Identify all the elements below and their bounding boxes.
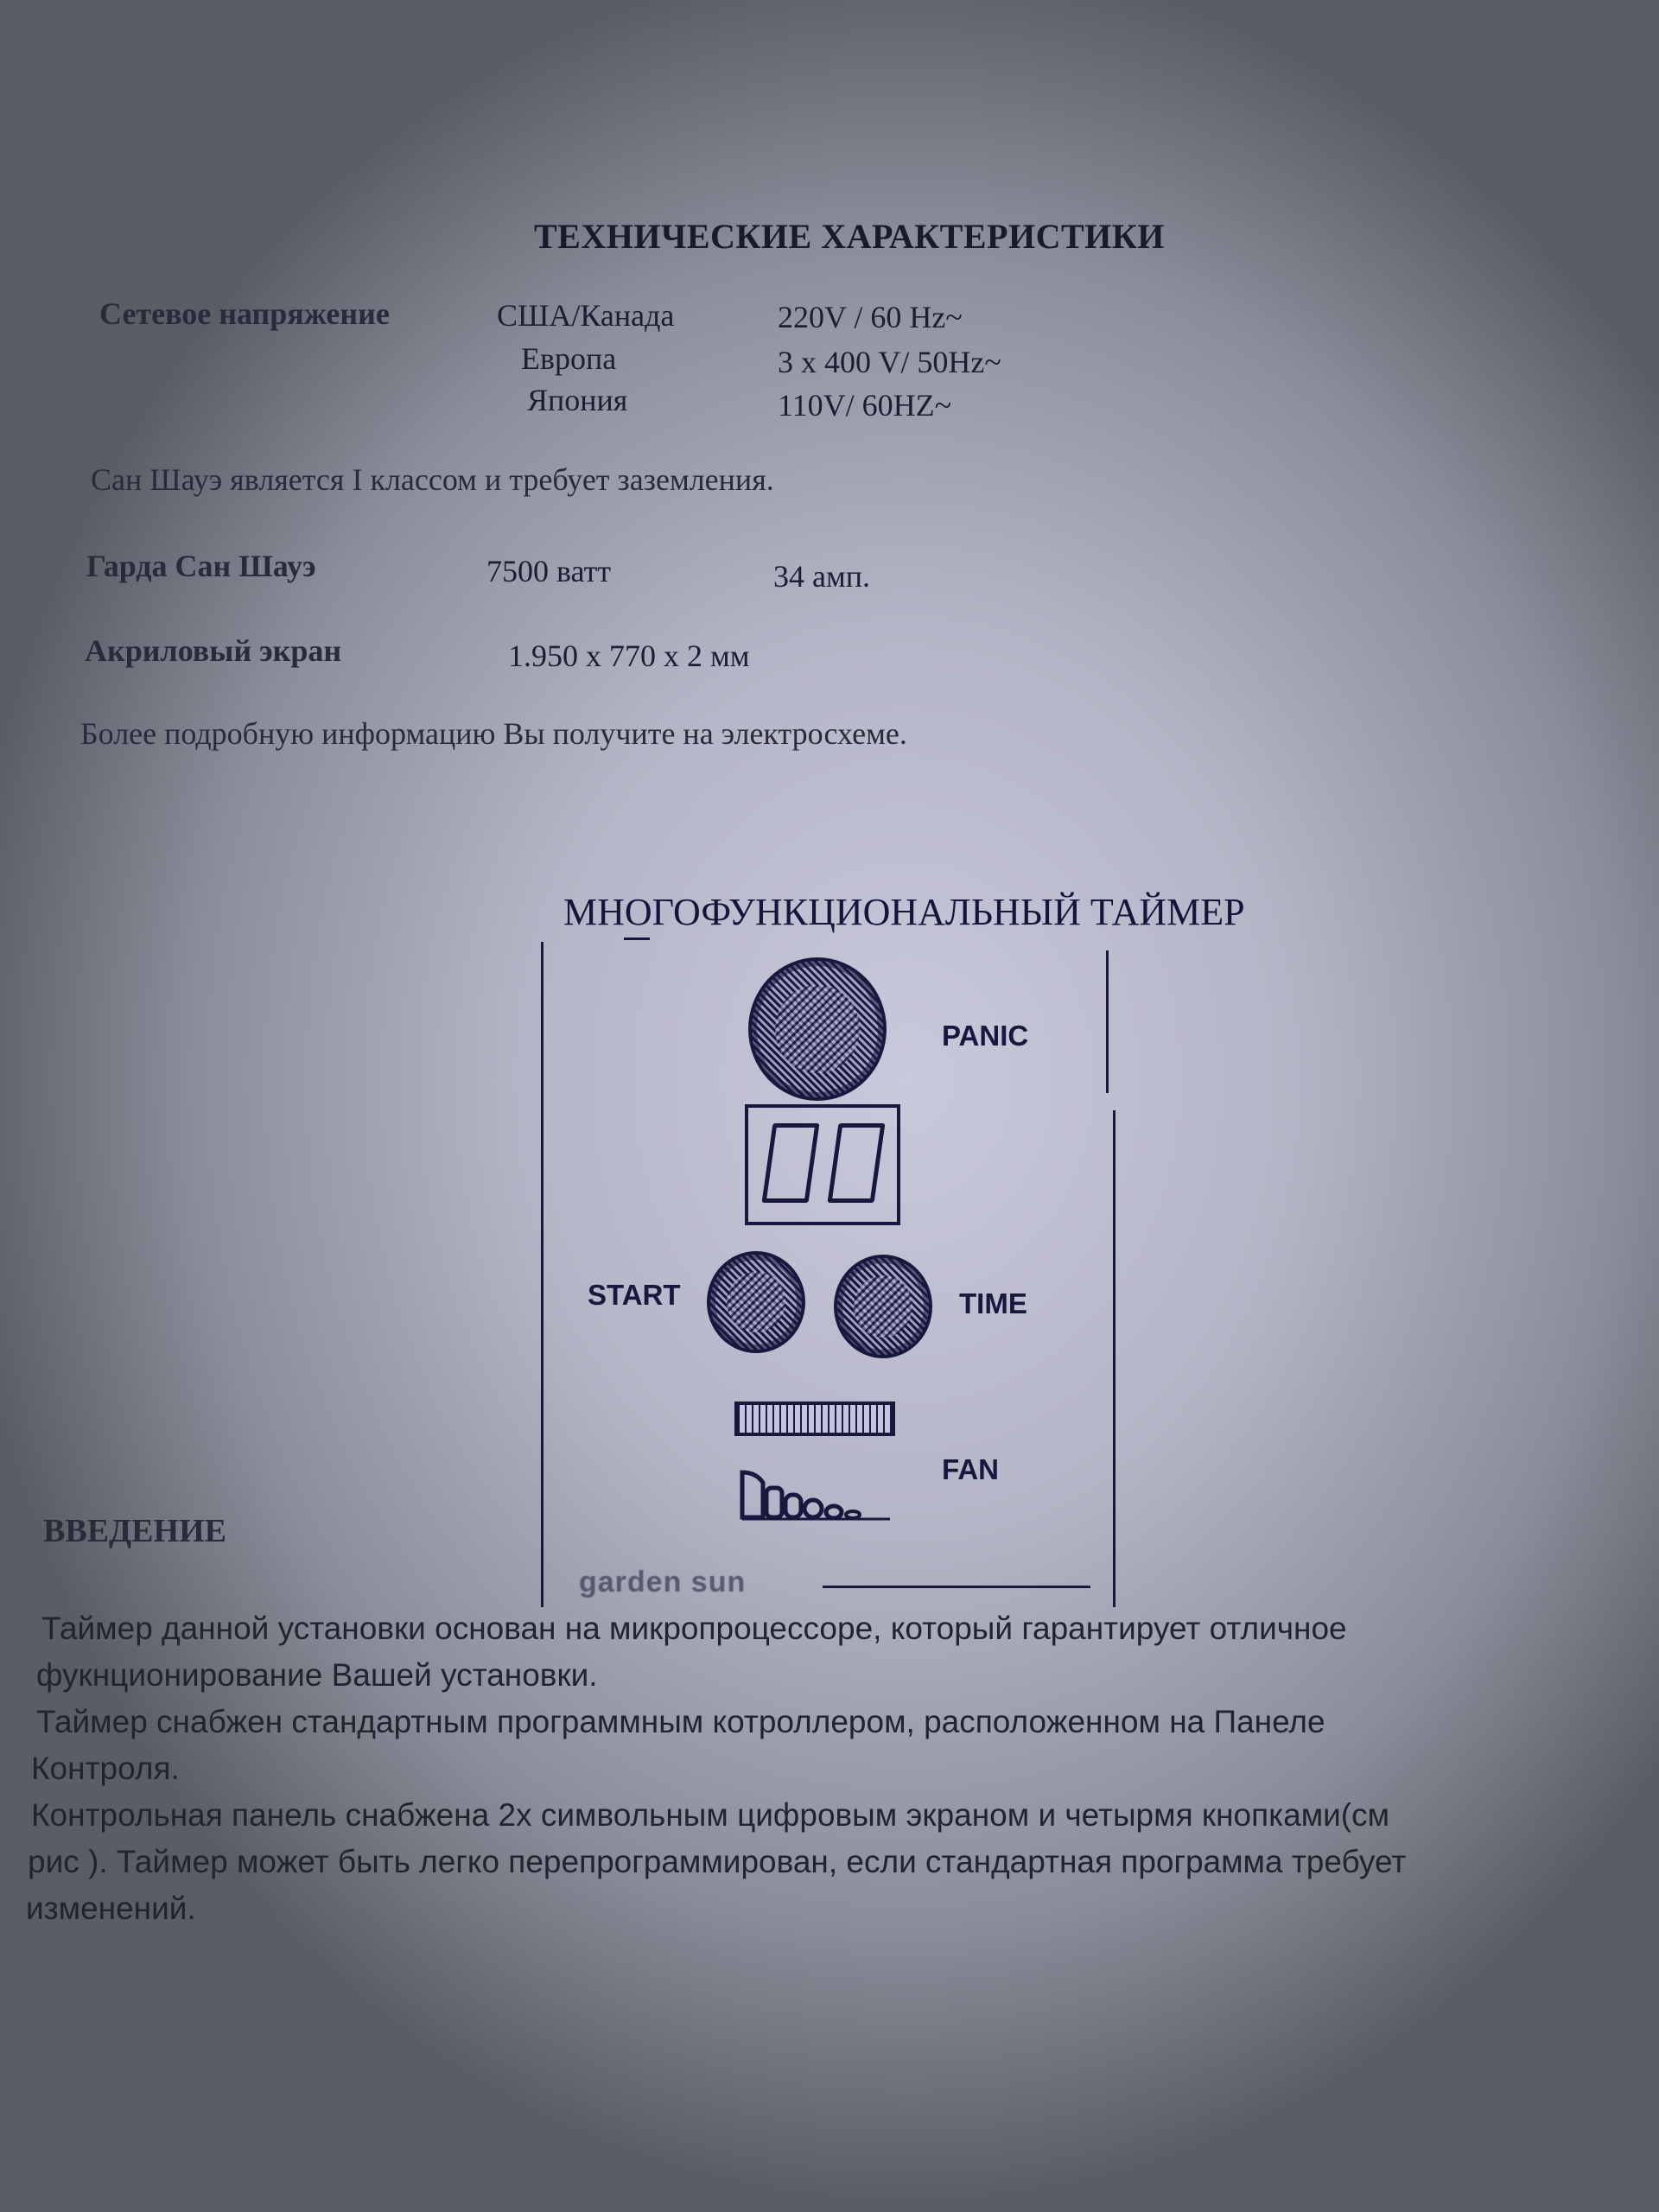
document-page: ТЕХНИЧЕСКИЕ ХАРАКТЕРИСТИКИ Сетевое напря… [0,0,1659,2212]
panel-right-border-bottom [1113,1110,1116,1607]
voltage-value-japan: 110V/ 60HZ~ [778,387,951,423]
voltage-label: Сетевое напряжение [99,296,390,332]
voltage-region-europe: Европа [521,340,616,377]
power-label: Гарда Сан Шауэ [86,548,316,584]
voltage-region-japan: Япония [527,382,627,418]
display-digit-1 [762,1123,820,1203]
intro-line-3: Таймер снабжен стандартным программным к… [36,1699,1325,1745]
brand-logo: garden sun [579,1566,746,1599]
screen-dims: 1.950 x 770 x 2 мм [508,638,750,674]
panic-label: PANIC [942,1020,1028,1052]
intro-line-4: Контроля. [31,1745,180,1792]
fan-label: FAN [942,1453,999,1486]
panic-button[interactable] [748,957,887,1101]
fan-speed-bar[interactable] [734,1402,895,1436]
fan-level-icon [739,1469,894,1522]
digital-display [745,1104,900,1225]
time-button[interactable] [834,1255,932,1358]
intro-line-5: Контрольная панель снабжена 2х символьны… [31,1792,1389,1839]
voltage-value-europe: 3 x 400 V/ 50Hz~ [778,344,1001,380]
start-button[interactable] [707,1251,805,1353]
intro-title: ВВЕДЕНИЕ [43,1512,226,1550]
intro-line-7: изменений. [26,1885,196,1932]
display-digit-2 [828,1123,886,1203]
specs-title: ТЕХНИЧЕСКИЕ ХАРАКТЕРИСТИКИ [534,216,1165,257]
panel-right-border-top [1106,950,1109,1093]
title-underline-mark [624,938,650,940]
voltage-value-usa: 220V / 60 Hz~ [778,299,963,335]
power-watts: 7500 ватт [486,553,611,589]
more-info-note: Более подробную информацию Вы получите н… [80,715,907,752]
start-label: START [588,1279,681,1312]
class-note: Сан Шауэ является I классом и требует за… [91,461,774,498]
power-amps: 34 амп. [773,558,870,594]
intro-line-1: Таймер данной установки основан на микро… [41,1605,1347,1652]
panel-bottom-line [823,1586,1090,1588]
voltage-region-usa: США/Канада [497,297,674,334]
intro-line-6: рис ). Таймер может быть легко перепрогр… [28,1839,1406,1885]
panel-left-border [541,942,543,1607]
screen-label: Акриловый экран [85,632,341,669]
timer-title: МНОГОФУНКЦИОНАЛЬНЫЙ ТАЙМЕР [563,890,1245,934]
time-label: TIME [959,1287,1027,1320]
intro-line-2: фукнционирование Вашей установки. [36,1652,598,1699]
